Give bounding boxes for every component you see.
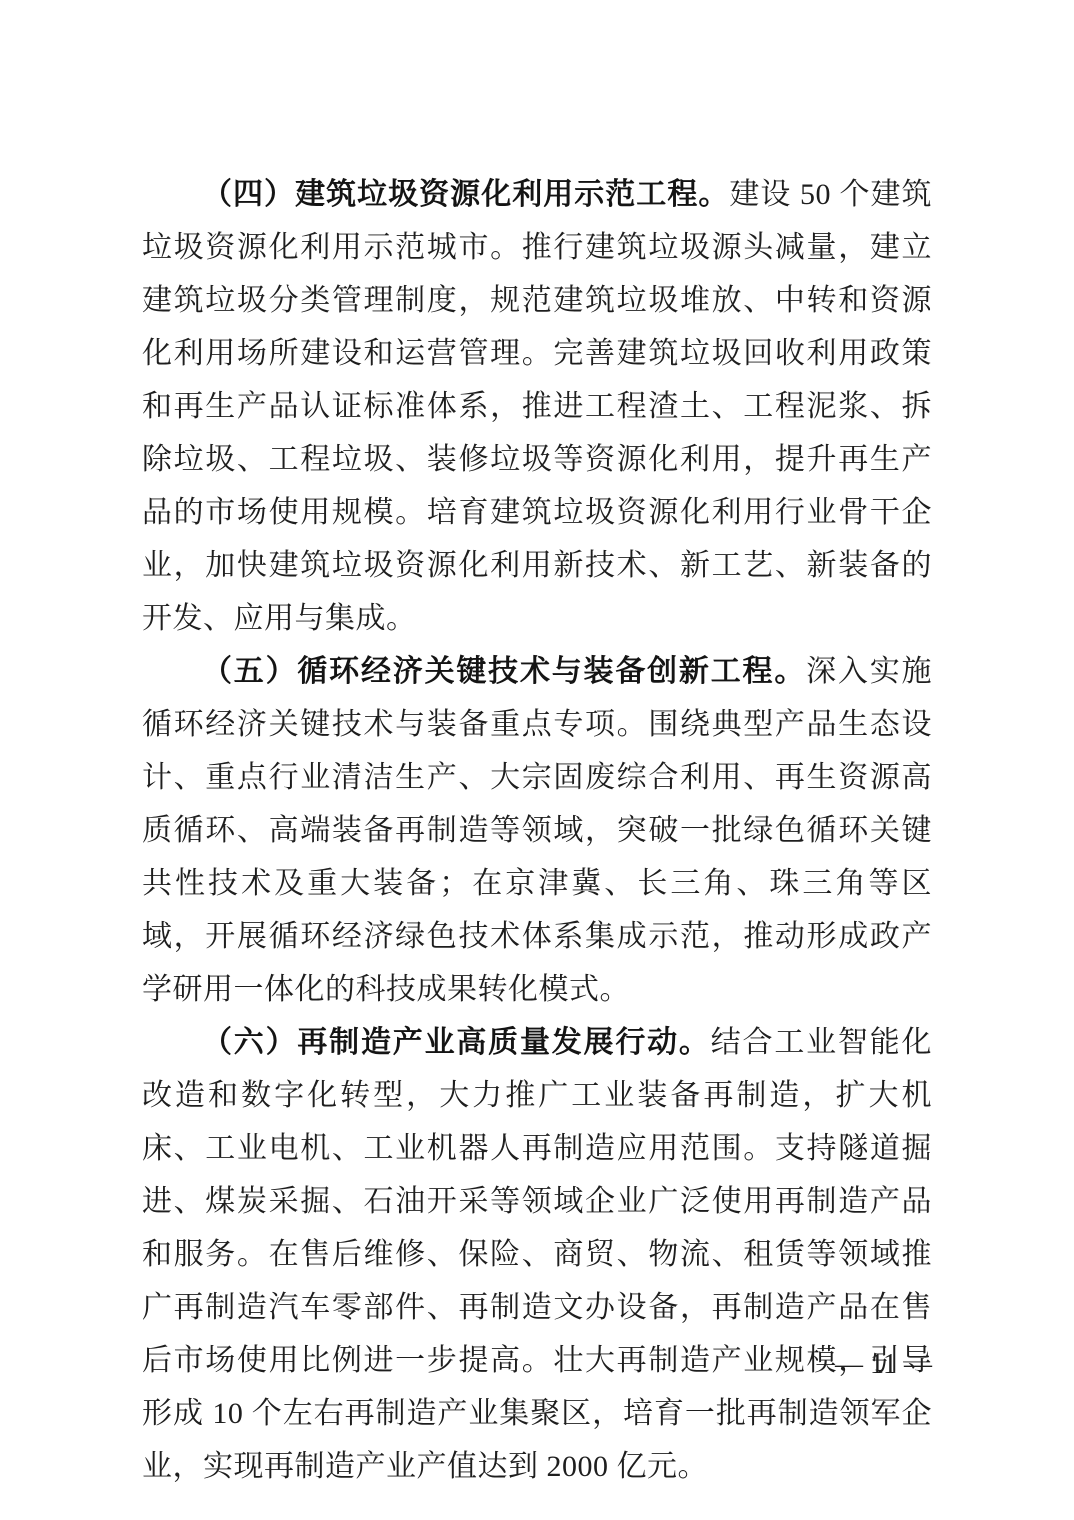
paragraph-section-4-heading: （四）建筑垃圾资源化利用示范工程。 [202,178,729,211]
paragraph-section-5-text: 深入实施循环经济关键技术与装备重点专项。围绕典型产品生态设计、重点行业清洁生产、… [142,655,932,1006]
document-page: （四）建筑垃圾资源化利用示范工程。建设 50 个建筑垃圾资源化利用示范城市。推行… [0,0,1074,1520]
paragraph-section-5-heading: （五）循环经济关键技术与装备创新工程。 [202,655,806,688]
paragraph-section-6-text: 结合工业智能化改造和数字化转型，大力推广工业装备再制造，扩大机床、工业电机、工业… [142,1026,932,1483]
paragraph-section-6: （六）再制造产业高质量发展行动。结合工业智能化改造和数字化转型，大力推广工业装备… [142,1016,932,1493]
document-body: （四）建筑垃圾资源化利用示范工程。建设 50 个建筑垃圾资源化利用示范城市。推行… [142,168,932,1493]
paragraph-section-4: （四）建筑垃圾资源化利用示范工程。建设 50 个建筑垃圾资源化利用示范城市。推行… [142,168,932,645]
paragraph-section-6-heading: （六）再制造产业高质量发展行动。 [202,1026,711,1059]
paragraph-section-5: （五）循环经济关键技术与装备创新工程。深入实施循环经济关键技术与装备重点专项。围… [142,645,932,1016]
page-number: — 11 — [835,1349,932,1380]
paragraph-section-4-text: 建设 50 个建筑垃圾资源化利用示范城市。推行建筑垃圾源头减量，建立建筑垃圾分类… [142,178,932,635]
page-footer: — 11 — [142,1345,936,1385]
